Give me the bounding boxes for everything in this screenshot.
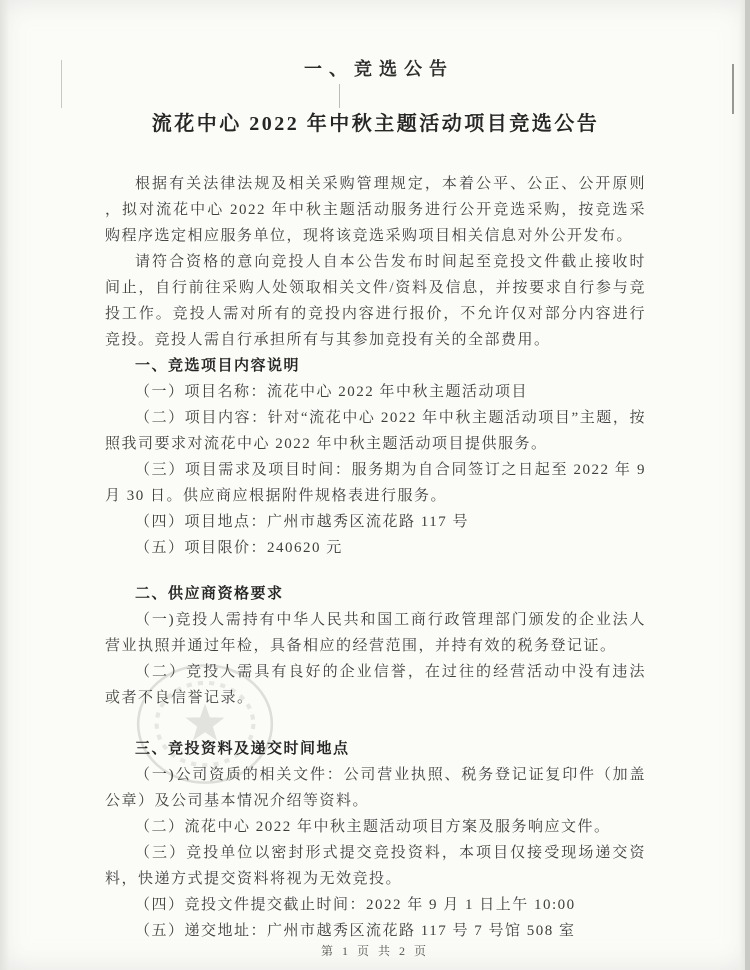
section-heading: 三、竞投资料及递交时间地点 (105, 736, 646, 762)
list-item: （三）竞投单位以密封形式提交竞投资料，本项目仅接受现场递交资料，快递方式提交资料… (105, 840, 646, 892)
list-item: （一）项目名称：流花中心 2022 年中秋主题活动项目 (105, 379, 646, 405)
document-blocks: 根据有关法律法规及相关采购管理规定，本着公平、公正、公开原则，拟对流花中心 20… (105, 171, 646, 944)
scan-artifact-line (61, 60, 62, 108)
page-number-footer: 第 1 页 共 2 页 (0, 942, 750, 959)
page-title: 流花中心 2022 年中秋主题活动项目竞选公告 (105, 109, 646, 139)
scan-edge-left (0, 0, 9, 970)
list-item: （一)公司资质的相关文件：公司营业执照、税务登记证复印件（加盖公章）及公司基本情… (105, 762, 646, 814)
list-item: （一)竞投人需持有中华人民共和国工商行政管理部门颁发的企业法人营业执照并通过年检… (105, 607, 646, 659)
list-item: （二）流花中心 2022 年中秋主题活动项目方案及服务响应文件。 (105, 814, 646, 840)
list-item: （三）项目需求及项目时间：服务期为自合同签订之日起至 2022 年 9 月 30… (105, 457, 646, 509)
list-item: （四）竞投文件提交截止时间：2022 年 9 月 1 日上午 10:00 (105, 892, 646, 918)
list-item: （五）项目限价：240620 元 (105, 535, 646, 561)
list-item: （二）竞投人需具有良好的企业信誉，在过往的经营活动中没有违法或者不良信誉记录。 (105, 659, 646, 711)
list-item: （二）项目内容：针对“流花中心 2022 年中秋主题活动项目”主题，按照我司要求… (105, 405, 646, 457)
section-heading: 一、竞选项目内容说明 (105, 353, 646, 379)
section-title: 一、竞选公告 (105, 56, 646, 82)
scanned-document-page: 一、竞选公告 流花中心 2022 年中秋主题活动项目竞选公告 根据有关法律法规及… (0, 0, 750, 970)
section-heading: 二、供应商资格要求 (105, 581, 646, 607)
list-item: （四）项目地点：广州市越秀区流花路 117 号 (105, 509, 646, 535)
scan-edge-right (745, 0, 750, 970)
document-body: 一、竞选公告 流花中心 2022 年中秋主题活动项目竞选公告 根据有关法律法规及… (105, 0, 646, 970)
paragraph: 请符合资格的意向竞投人自本公告发布时间起至竞投文件截止接收时间止，自行前往采购人… (105, 249, 646, 353)
scan-artifact-line (732, 64, 734, 114)
paragraph: 根据有关法律法规及相关采购管理规定，本着公平、公正、公开原则，拟对流花中心 20… (105, 171, 646, 249)
list-item: （五）递交地址：广州市越秀区流花路 117 号 7 号馆 508 室 (105, 918, 646, 944)
